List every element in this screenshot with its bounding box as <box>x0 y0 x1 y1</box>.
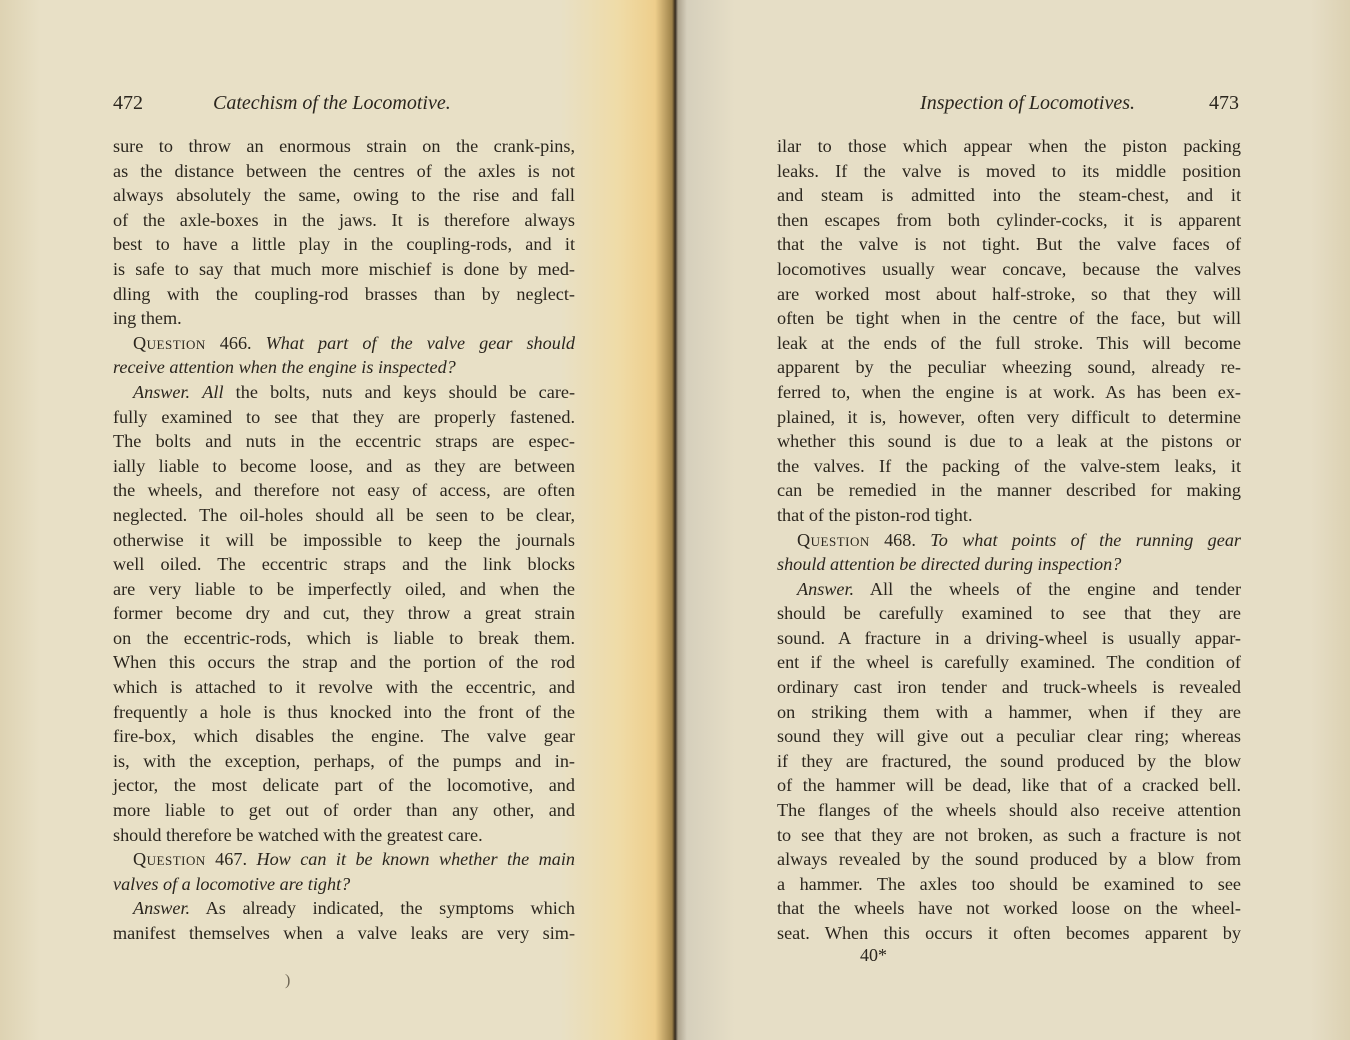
text-segment: 467. <box>206 849 257 869</box>
text-segment: a hammer. The axles too should be examin… <box>777 874 1241 894</box>
text-segment: otherwise it will be impossible to keep … <box>113 530 575 550</box>
text-segment: jector, the most delicate part of the lo… <box>113 775 575 795</box>
text-segment: 466. <box>206 333 266 353</box>
text-segment <box>190 382 202 402</box>
text-line: the valves. If the packing of the valve-… <box>777 454 1241 479</box>
text-line: Question 468. To what points of the runn… <box>777 528 1241 553</box>
text-line: leaks. If the valve is moved to its midd… <box>777 159 1241 184</box>
text-line: former become dry and cut, they throw a … <box>113 601 575 626</box>
italic-text: What part of the valve gear should <box>266 333 575 353</box>
text-line: fully examined to see that they are prop… <box>113 405 575 430</box>
text-segment: are worked most about half-stroke, so th… <box>777 284 1241 304</box>
text-segment: whether this sound is due to a leak at t… <box>777 431 1241 451</box>
question-label: Question <box>133 849 206 869</box>
text-line: are worked most about half-stroke, so th… <box>777 282 1241 307</box>
text-line: often be tight when in the centre of the… <box>777 306 1241 331</box>
text-segment: as the distance between the centres of t… <box>113 161 575 181</box>
paper-mark: ) <box>285 972 290 990</box>
text-segment: former become dry and cut, they throw a … <box>113 603 575 623</box>
text-segment: fire-box, which disables the engine. The… <box>113 726 575 746</box>
text-segment: apparent by the peculiar wheezing sound,… <box>777 357 1241 377</box>
text-line: sure to throw an enormous strain on the … <box>113 134 575 159</box>
text-line: of the axle-boxes in the jaws. It is the… <box>113 208 575 233</box>
text-segment: leaks. If the valve is moved to its midd… <box>777 161 1241 181</box>
text-line: ially liable to become loose, and as the… <box>113 454 575 479</box>
text-line: the wheels, and therefore not easy of ac… <box>113 478 575 503</box>
text-line: valves of a locomotive are tight? <box>113 872 575 897</box>
text-segment: sound they will give out a peculiar clea… <box>777 726 1241 746</box>
text-segment: more liable to get out of order than any… <box>113 800 575 820</box>
text-line: should be carefully examined to see that… <box>777 601 1241 626</box>
text-segment: sound. A fracture in a driving-wheel is … <box>777 628 1241 648</box>
text-line: fire-box, which disables the engine. The… <box>113 724 575 749</box>
text-segment: ilar to those which appear when the pist… <box>777 136 1241 156</box>
text-line: on the eccentric-rods, which is liable t… <box>113 626 575 651</box>
text-segment: on the eccentric-rods, which is liable t… <box>113 628 575 648</box>
text-segment: well oiled. The eccentric straps and the… <box>113 554 575 574</box>
text-segment: are very liable to be imperfectly oiled,… <box>113 579 575 599</box>
text-segment: the bolts, nuts and keys should be care- <box>224 382 576 402</box>
left-page: 472 Catechism of the Locomotive. sure to… <box>0 0 675 1040</box>
text-segment: The flanges of the wheels should also re… <box>777 800 1241 820</box>
text-segment: All the wheels of the engine and tender <box>854 579 1241 599</box>
text-line: neglected. The oil-holes should all be s… <box>113 503 575 528</box>
text-line: The bolts and nuts in the eccentric stra… <box>113 429 575 454</box>
text-line: to see that they are not broken, as such… <box>777 823 1241 848</box>
signature-mark: 40* <box>860 945 887 966</box>
text-segment: is safe to say that much more mischief i… <box>113 259 575 279</box>
text-segment: often be tight when in the centre of the… <box>777 308 1241 328</box>
text-segment: that the valve is not tight. But the val… <box>777 234 1241 254</box>
text-line: ent if the wheel is carefully examined. … <box>777 650 1241 675</box>
text-segment: of the axle-boxes in the jaws. It is the… <box>113 210 575 230</box>
text-line: Answer. All the bolts, nuts and keys sho… <box>113 380 575 405</box>
text-line: leak at the ends of the full stroke. Thi… <box>777 331 1241 356</box>
text-segment: the valves. If the packing of the valve-… <box>777 456 1241 476</box>
text-line: When this occurs the strap and the porti… <box>113 650 575 675</box>
text-line: if they are fractured, the sound produce… <box>777 749 1241 774</box>
text-segment: When this occurs the strap and the porti… <box>113 652 575 672</box>
text-segment: The bolts and nuts in the eccentric stra… <box>113 431 575 451</box>
text-segment: frequently a hole is thus knocked into t… <box>113 702 575 722</box>
text-line: ferred to, when the engine is at work. A… <box>777 380 1241 405</box>
text-line: ordinary cast iron tender and truck-whee… <box>777 675 1241 700</box>
text-line: is safe to say that much more mischief i… <box>113 257 575 282</box>
text-line: dling with the coupling-rod brasses than… <box>113 282 575 307</box>
text-segment: locomotives usually wear concave, becaus… <box>777 259 1241 279</box>
italic-text: How can it be known whether the main <box>256 849 575 869</box>
text-line: then escapes from both cylinder-cocks, i… <box>777 208 1241 233</box>
text-line: plained, it is, however, often very diff… <box>777 405 1241 430</box>
text-segment: ferred to, when the engine is at work. A… <box>777 382 1241 402</box>
right-running-head: Inspection of Locomotives. 473 <box>777 90 1239 116</box>
text-segment: always absolutely the same, owing to the… <box>113 185 575 205</box>
text-segment: seat. When this occurs it often becomes … <box>777 923 1241 943</box>
question-label: Question <box>133 333 206 353</box>
text-segment: should therefore be watched with the gre… <box>113 825 483 845</box>
text-line: Question 466. What part of the valve gea… <box>113 331 575 356</box>
right-body-text: ilar to those which appear when the pist… <box>777 134 1241 946</box>
text-segment: if they are fractured, the sound produce… <box>777 751 1241 771</box>
text-segment: dling with the coupling-rod brasses than… <box>113 284 575 304</box>
text-line: that the wheels have not worked loose on… <box>777 896 1241 921</box>
text-segment: fully examined to see that they are prop… <box>113 407 575 427</box>
italic-text: Answer. <box>797 579 854 599</box>
text-line: manifest themselves when a valve leaks a… <box>113 921 575 946</box>
text-segment: and steam is admitted into the steam-che… <box>777 185 1241 205</box>
text-segment: ing them. <box>113 308 182 328</box>
text-segment: 468. <box>870 530 931 550</box>
left-body-text: sure to throw an enormous strain on the … <box>113 134 575 946</box>
italic-text: To what points of the running gear <box>930 530 1241 550</box>
text-segment: on striking them with a hammer, when if … <box>777 702 1241 722</box>
question-label: Question <box>797 530 870 550</box>
text-line: ilar to those which appear when the pist… <box>777 134 1241 159</box>
text-line: receive attention when the engine is ins… <box>113 355 575 380</box>
text-segment: the wheels, and therefore not easy of ac… <box>113 480 575 500</box>
text-line: apparent by the peculiar wheezing sound,… <box>777 355 1241 380</box>
text-segment: best to have a little play in the coupli… <box>113 234 575 254</box>
text-segment: that the wheels have not worked loose on… <box>777 898 1241 918</box>
text-line: more liable to get out of order than any… <box>113 798 575 823</box>
text-line: always revealed by the sound produced by… <box>777 847 1241 872</box>
right-page: Inspection of Locomotives. 473 ilar to t… <box>675 0 1350 1040</box>
italic-text: Answer. <box>133 898 190 918</box>
text-segment: that of the piston-rod tight. <box>777 505 973 525</box>
text-segment: plained, it is, however, often very diff… <box>777 407 1241 427</box>
text-line: well oiled. The eccentric straps and the… <box>113 552 575 577</box>
text-line: always absolutely the same, owing to the… <box>113 183 575 208</box>
text-segment: manifest themselves when a valve leaks a… <box>113 923 575 943</box>
running-title: Inspection of Locomotives. <box>920 90 1135 116</box>
italic-text: receive attention when the engine is ins… <box>113 357 456 377</box>
text-line: that the valve is not tight. But the val… <box>777 232 1241 257</box>
text-line: frequently a hole is thus knocked into t… <box>113 700 575 725</box>
text-line: sound. A fracture in a driving-wheel is … <box>777 626 1241 651</box>
text-line: Answer. All the wheels of the engine and… <box>777 577 1241 602</box>
text-segment: ordinary cast iron tender and truck-whee… <box>777 677 1241 697</box>
text-segment: sure to throw an enormous strain on the … <box>113 136 575 156</box>
text-segment: As already indicated, the symptoms which <box>190 898 575 918</box>
italic-text: All <box>202 382 223 402</box>
text-segment: of the hammer will be dead, like that of… <box>777 775 1241 795</box>
text-line: is, with the exception, perhaps, of the … <box>113 749 575 774</box>
text-segment: to see that they are not broken, as such… <box>777 825 1241 845</box>
text-segment: neglected. The oil-holes should all be s… <box>113 505 575 525</box>
text-line: can be remedied in the manner described … <box>777 478 1241 503</box>
text-line: best to have a little play in the coupli… <box>113 232 575 257</box>
text-line: locomotives usually wear concave, becaus… <box>777 257 1241 282</box>
text-line: a hammer. The axles too should be examin… <box>777 872 1241 897</box>
text-line: that of the piston-rod tight. <box>777 503 1241 528</box>
text-segment: ent if the wheel is carefully examined. … <box>777 652 1241 672</box>
text-line: which is attached to it revolve with the… <box>113 675 575 700</box>
text-line: otherwise it will be impossible to keep … <box>113 528 575 553</box>
text-line: ing them. <box>113 306 575 331</box>
running-title: Catechism of the Locomotive. <box>213 90 451 116</box>
text-segment: always revealed by the sound produced by… <box>777 849 1241 869</box>
page-number: 473 <box>1209 90 1239 116</box>
text-line: whether this sound is due to a leak at t… <box>777 429 1241 454</box>
text-segment: is, with the exception, perhaps, of the … <box>113 751 575 771</box>
text-line: should attention be directed during insp… <box>777 552 1241 577</box>
book-spread: 472 Catechism of the Locomotive. sure to… <box>0 0 1350 1040</box>
text-segment: can be remedied in the manner described … <box>777 480 1241 500</box>
italic-text: Answer. <box>133 382 190 402</box>
text-segment: which is attached to it revolve with the… <box>113 677 575 697</box>
text-line: of the hammer will be dead, like that of… <box>777 773 1241 798</box>
text-line: sound they will give out a peculiar clea… <box>777 724 1241 749</box>
text-line: on striking them with a hammer, when if … <box>777 700 1241 725</box>
text-segment: ially liable to become loose, and as the… <box>113 456 575 476</box>
text-segment: should be carefully examined to see that… <box>777 603 1241 623</box>
text-line: seat. When this occurs it often becomes … <box>777 921 1241 946</box>
text-segment: leak at the ends of the full stroke. Thi… <box>777 333 1241 353</box>
left-running-head: 472 Catechism of the Locomotive. <box>113 90 575 116</box>
text-line: jector, the most delicate part of the lo… <box>113 773 575 798</box>
text-line: should therefore be watched with the gre… <box>113 823 575 848</box>
text-line: Answer. As already indicated, the sympto… <box>113 896 575 921</box>
italic-text: should attention be directed during insp… <box>777 554 1121 574</box>
text-line: The flanges of the wheels should also re… <box>777 798 1241 823</box>
text-line: Question 467. How can it be known whethe… <box>113 847 575 872</box>
text-line: are very liable to be imperfectly oiled,… <box>113 577 575 602</box>
text-line: as the distance between the centres of t… <box>113 159 575 184</box>
text-segment: then escapes from both cylinder-cocks, i… <box>777 210 1241 230</box>
page-number: 472 <box>113 90 143 116</box>
italic-text: valves of a locomotive are tight? <box>113 874 350 894</box>
text-line: and steam is admitted into the steam-che… <box>777 183 1241 208</box>
